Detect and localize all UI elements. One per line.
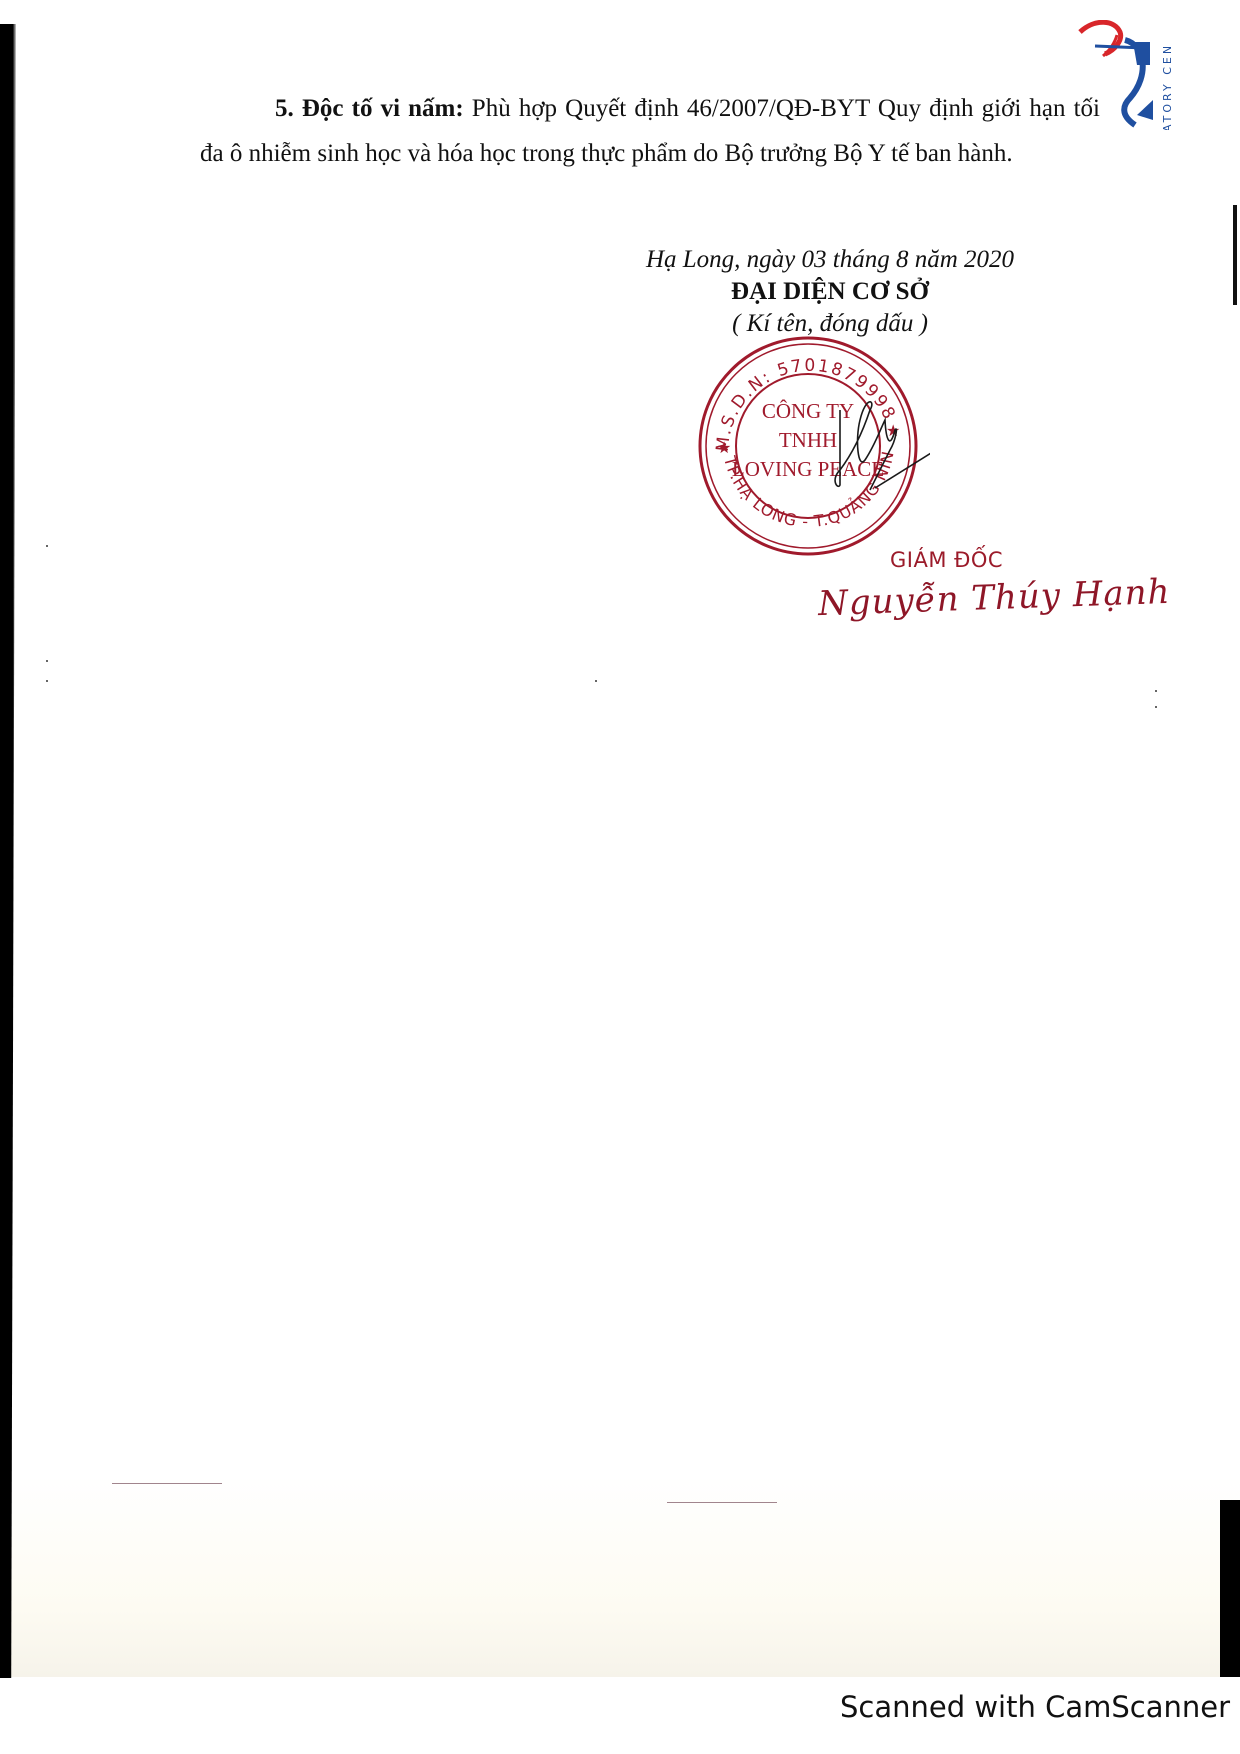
- section-label: 5. Độc tố vi nấm:: [275, 95, 464, 122]
- signature-block: Hạ Long, ngày 03 tháng 8 năm 2020 ĐẠI DI…: [560, 244, 1100, 340]
- scan-artifact: [112, 1483, 222, 1484]
- company-stamp: M.S.D.N: 5701879998 TP.HẠ LONG - T.QUẢNG…: [690, 330, 930, 560]
- date-line: Hạ Long, ngày 03 tháng 8 năm 2020: [560, 244, 1100, 276]
- scan-artifact: [46, 545, 48, 547]
- scan-edge-right-bottom: [1220, 1500, 1240, 1677]
- section-5-paragraph: 5. Độc tố vi nấm: Phù hợp Quyết định 46/…: [200, 86, 1100, 176]
- director-role: GIÁM ĐỐC: [890, 548, 1003, 572]
- star-icon: ★: [717, 440, 731, 457]
- scan-artifact: [595, 680, 597, 682]
- section-body-line1: Phù hợp Quyết định 46/2007/QĐ-BYT Quy đị…: [464, 95, 1066, 122]
- scan-artifact: [1155, 706, 1157, 708]
- svg-text:TNHH: TNHH: [779, 428, 837, 452]
- scan-artifact: [667, 1502, 777, 1503]
- svg-text:ATORY CEN: ATORY CEN: [1161, 43, 1174, 130]
- scan-edge-right: [1233, 205, 1237, 305]
- scan-artifact: [46, 680, 48, 682]
- scan-artifact: [1155, 690, 1157, 692]
- scan-artifact: [46, 660, 48, 662]
- camscanner-watermark: Scanned with CamScanner: [800, 1690, 1230, 1724]
- representative-title: ĐẠI DIỆN CƠ SỞ: [560, 276, 1100, 308]
